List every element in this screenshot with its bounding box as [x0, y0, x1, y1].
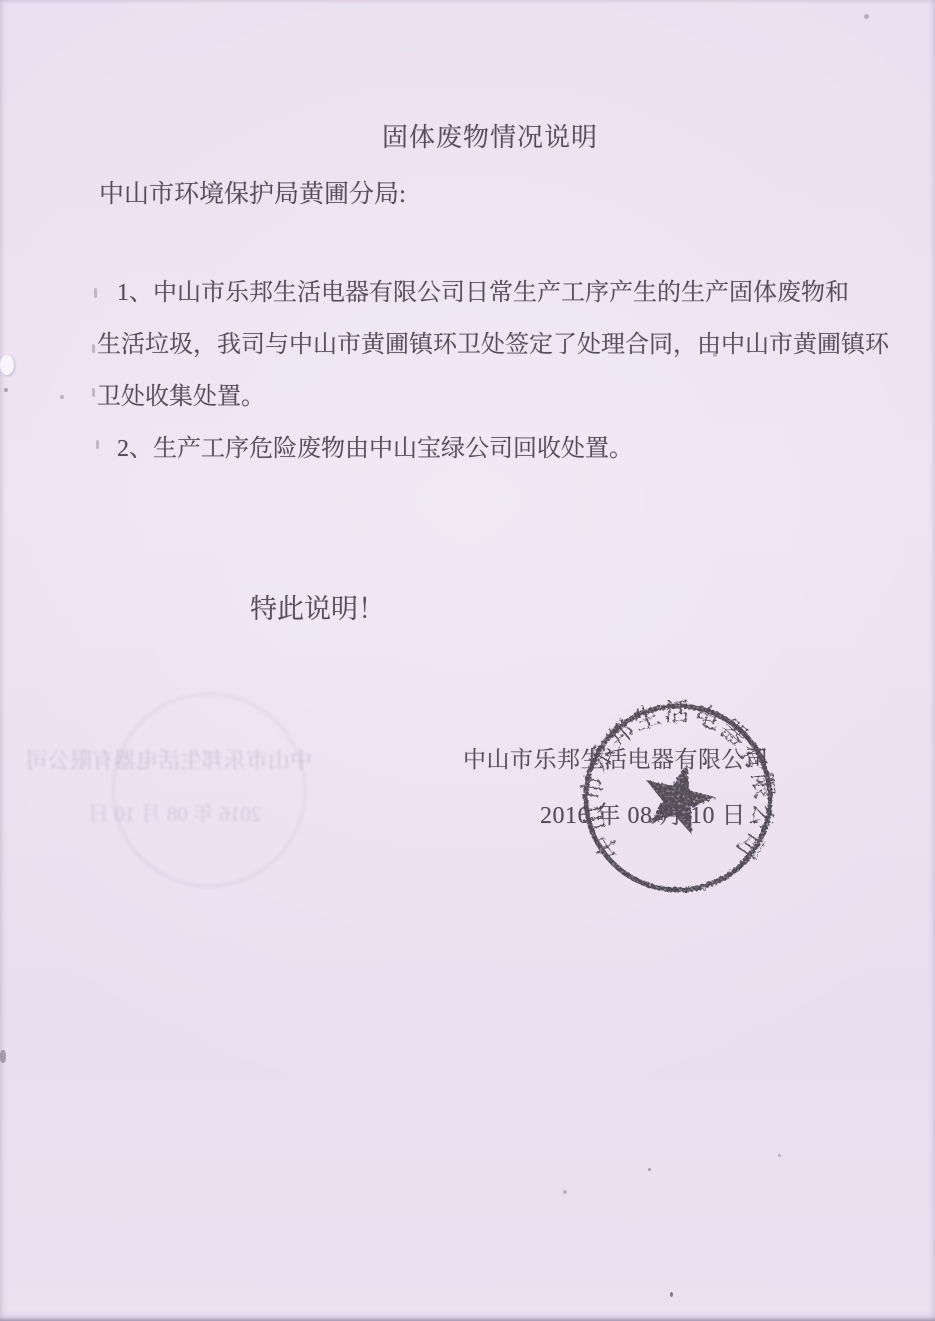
body-line-1: 1、中山市乐邦生活电器有限公司日常生产工序产生的生产固体废物和	[97, 278, 849, 308]
scanned-document-page: 固体废物情况说明 中山市环境保护局黄圃分局: 1、中山市乐邦生活电器有限公司日常…	[0, 0, 935, 1321]
closing-statement: 特此说明！	[250, 587, 385, 626]
ghost-stamp-ring	[112, 693, 306, 887]
scan-speck	[713, 352, 717, 357]
margin-toner-mark	[94, 288, 97, 298]
scan-speck	[563, 1190, 567, 1194]
scan-speck	[670, 1292, 673, 1297]
body-line-2: 生活垃圾，我司与中山市黄圃镇环卫处签定了处理合同，由中山市黄圃镇环	[97, 330, 889, 360]
page-bottom-edge-shadow	[0, 1317, 935, 1321]
scan-speck	[778, 1154, 781, 1157]
signature-company: 中山市乐邦生活电器有限公司	[463, 741, 769, 774]
ghost-company-text: 中山市乐邦生活电器有限公司	[26, 744, 312, 775]
signature-date: 2016 年 08 月 10 日	[540, 795, 746, 830]
ghost-date-text: 2016 年 08 月 10 日	[88, 798, 261, 828]
scan-speck	[864, 14, 869, 19]
scan-speck	[60, 395, 64, 399]
addressee-line: 中山市环境保护局黄圃分局:	[99, 174, 406, 210]
document-title: 固体废物情况说明	[382, 117, 598, 154]
scan-speck	[0, 1050, 6, 1063]
scan-speck	[648, 1168, 651, 1171]
body-line-3: 卫处收集处置。	[97, 382, 265, 412]
margin-toner-mark	[92, 344, 95, 353]
margin-toner-mark	[96, 440, 99, 449]
margin-toner-mark	[92, 388, 95, 397]
paper-blemish	[0, 355, 14, 375]
body-line-4: 2、生产工序危险废物由中山宝绿公司回收处置。	[97, 434, 633, 464]
scan-speck	[4, 388, 8, 392]
